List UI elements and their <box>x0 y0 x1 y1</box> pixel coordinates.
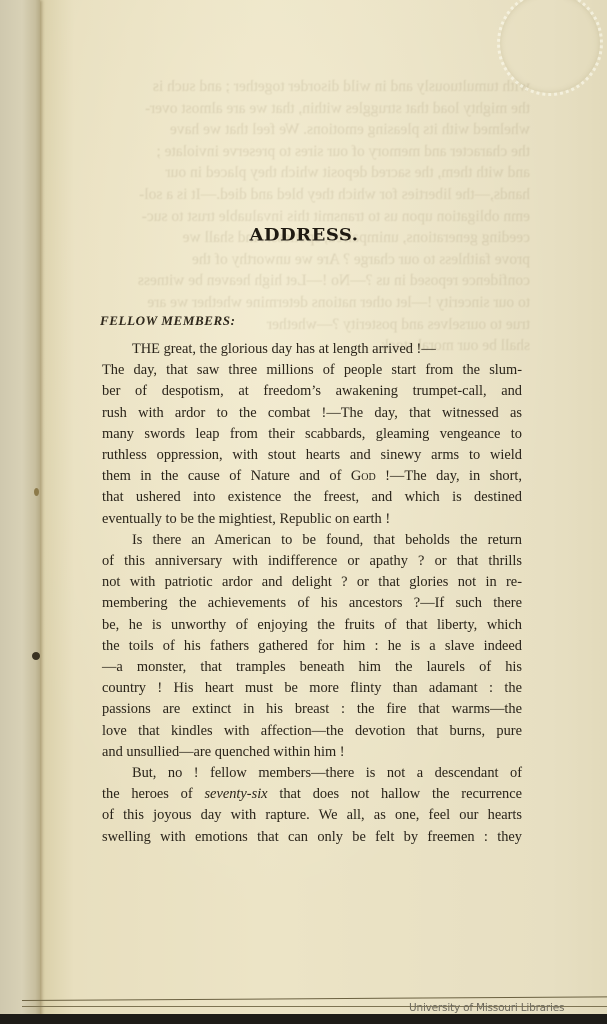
scanned-page: with tumultuously and in wild disorder t… <box>0 0 607 1024</box>
text-line: THE great, the glorious day has at lengt… <box>102 339 522 360</box>
italic-word: seventy-six <box>204 786 267 802</box>
salutation: FELLOW MEMBERS: <box>100 313 236 329</box>
text-line: of this anniversary with indifference or… <box>102 551 522 572</box>
text-line: of this joyous day with rapture. We all,… <box>102 805 522 826</box>
text-line: swelling with emotions that can only be … <box>102 827 522 848</box>
text-line: eventually to be the mightiest, Republic… <box>102 509 522 530</box>
text-line: the toils of his fathers gathered for hi… <box>102 636 522 657</box>
ghost-line: prove faithless to our charge ? Are we u… <box>100 249 530 271</box>
ghost-line: emn obligation upon us to transmit this … <box>100 206 530 228</box>
library-watermark: University of Missouri Libraries <box>409 1002 564 1014</box>
text-line: love that kindles with affection—the dev… <box>102 721 522 742</box>
ghost-line: the character and memory of our sires to… <box>100 141 530 163</box>
binding-gutter <box>0 0 40 1024</box>
ghost-line: with tumultuously and in wild disorder t… <box>100 76 530 98</box>
ghost-line: to our sincerity !—let other nations det… <box>100 292 530 314</box>
text-line: ruthless oppression, with stout hearts a… <box>102 445 522 466</box>
text-line: the heroes of seventy-six that does not … <box>102 784 522 805</box>
text-line: membering the achievements of his ancest… <box>102 593 522 614</box>
binding-hole <box>34 488 39 496</box>
page-title: ADDRESS. <box>0 226 607 246</box>
text-line: rush with ardor to the combat !—The day,… <box>102 403 522 424</box>
small-caps-word: God <box>351 468 376 484</box>
body-text: THE great, the glorious day has at lengt… <box>102 339 522 848</box>
ghost-line: confidence reposed in us ?—No !—Let high… <box>100 270 530 292</box>
ghost-line: whelmed with its pleasing emotions. We f… <box>100 119 530 141</box>
text-line: —a monster, that tramples beneath him th… <box>102 657 522 678</box>
text-line: Is there an American to be found, that b… <box>102 530 522 551</box>
ghost-line: the mighty load that struggles within, t… <box>100 98 530 120</box>
embossed-seal-icon <box>497 0 603 96</box>
text-line: ber of despotism, at freedom’s awakening… <box>102 381 522 402</box>
ghost-line: and with them, the sacred deposit which … <box>100 162 530 184</box>
text-line: them in the cause of Nature and of God !… <box>102 466 522 487</box>
text-line: The day, that saw three millions of peop… <box>102 360 522 381</box>
text-line: country ! His heart must be more flinty … <box>102 678 522 699</box>
text-line: be, he is unworthy of enjoying the fruit… <box>102 615 522 636</box>
ghost-line: hands,—the liberties for which they bled… <box>100 184 530 206</box>
text-line: But, no ! fellow members—there is not a … <box>102 763 522 784</box>
text-line: many swords leap from their scabbards, g… <box>102 424 522 445</box>
text-line: not with patriotic ardor and delight ? o… <box>102 572 522 593</box>
binding-hole <box>32 652 40 660</box>
text-line: that ushered into existence the freest, … <box>102 487 522 508</box>
text-line: passions are extinct in his breast : the… <box>102 699 522 720</box>
scan-border <box>0 1014 607 1024</box>
text-line: and unsullied—are quenched within him ! <box>102 742 522 763</box>
